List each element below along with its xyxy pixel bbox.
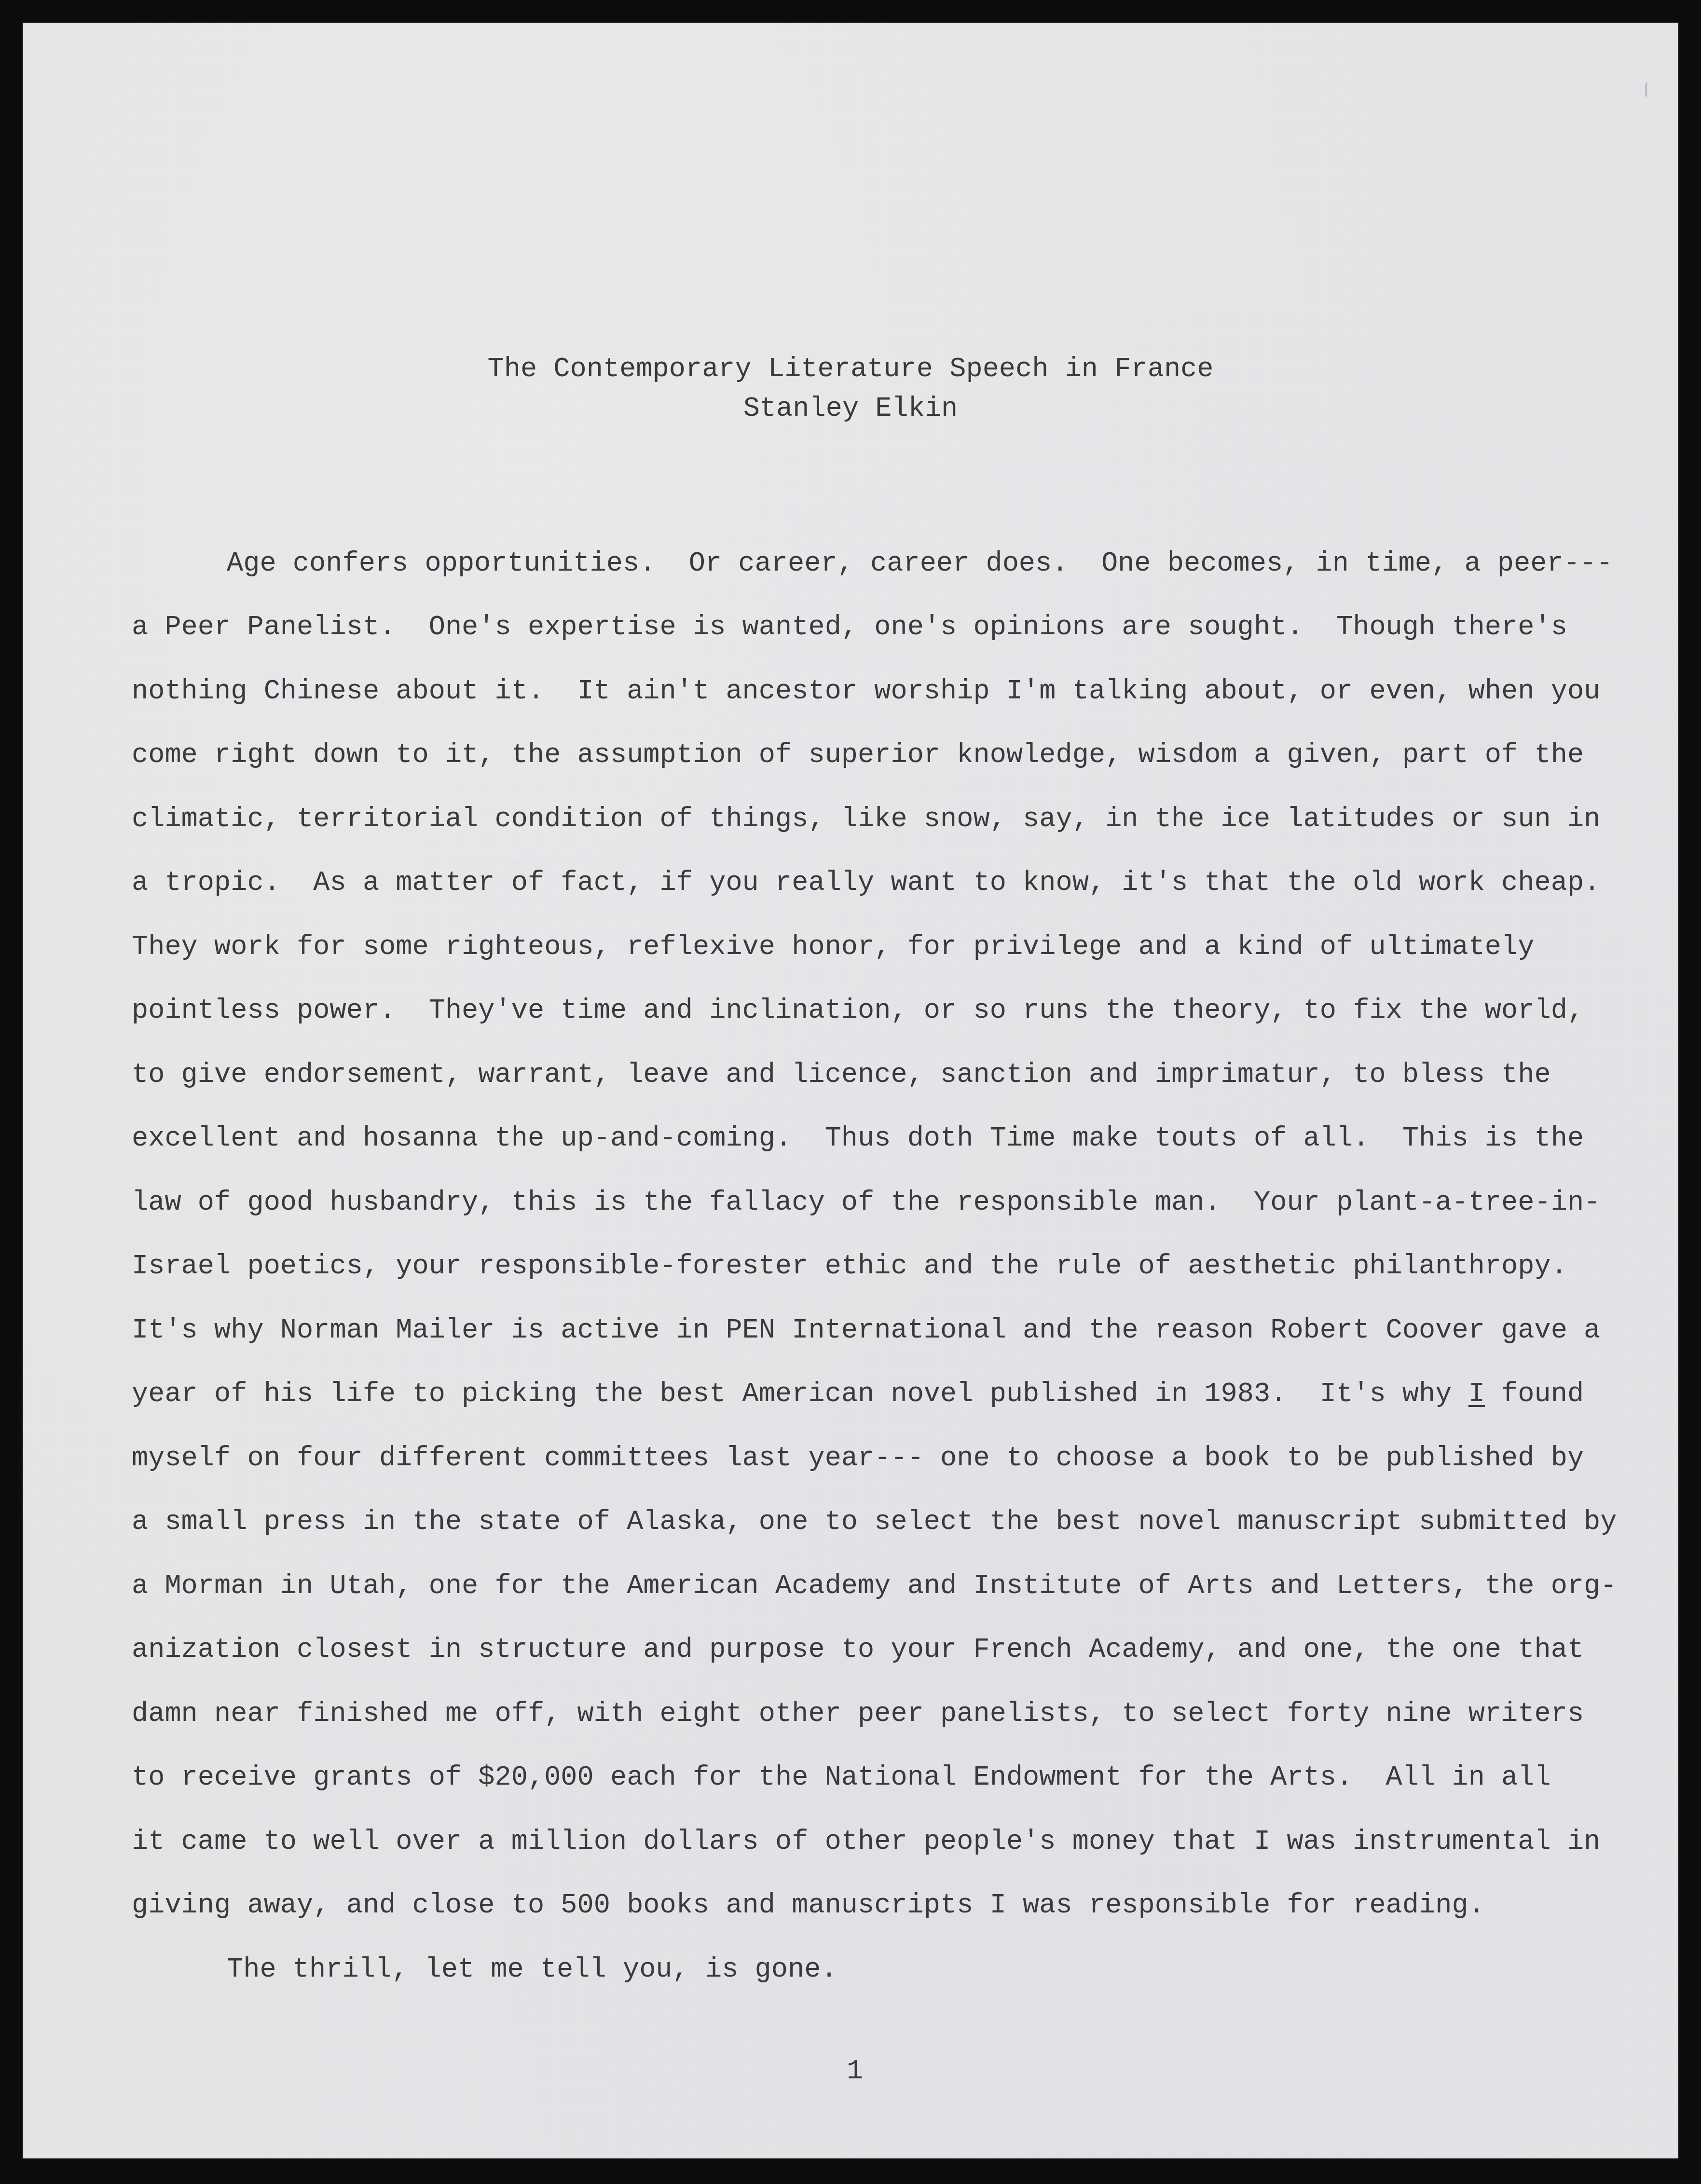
body-text-segment: found <box>1485 1379 1584 1410</box>
body-line: giving away, and close to 500 books and … <box>132 1892 1485 1920</box>
document-author: Stanley Elkin <box>23 396 1678 423</box>
pencil-mark <box>1646 82 1649 97</box>
body-line: anization closest in structure and purpo… <box>132 1637 1584 1664</box>
document-title: The Contemporary Literature Speech in Fr… <box>23 356 1678 383</box>
body-line: They work for some righteous, reflexive … <box>132 934 1534 961</box>
body-line: it came to well over a million dollars o… <box>132 1829 1600 1856</box>
body-line: damn near finished me off, with eight ot… <box>132 1701 1584 1728</box>
body-text-segment: year of his life to picking the best Ame… <box>132 1379 1468 1410</box>
body-line: myself on four different committees last… <box>132 1445 1584 1473</box>
body-line: excellent and hosanna the up-and-coming.… <box>132 1125 1584 1153</box>
body-line: a Morman in Utah, one for the American A… <box>132 1573 1617 1600</box>
body-line: year of his life to picking the best Ame… <box>132 1381 1584 1408</box>
body-line: nothing Chinese about it. It ain't ances… <box>132 678 1600 706</box>
body-line: law of good husbandry, this is the falla… <box>132 1189 1600 1217</box>
body-line: pointless power. They've time and inclin… <box>132 997 1584 1025</box>
body-line: a Peer Panelist. One's expertise is want… <box>132 614 1567 642</box>
page-number: 1 <box>847 2058 863 2086</box>
body-line: The thrill, let me tell you, is gone. <box>227 1956 837 1984</box>
body-line: Israel poetics, your responsible-foreste… <box>132 1253 1567 1281</box>
body-line: come right down to it, the assumption of… <box>132 742 1584 769</box>
body-line: a small press in the state of Alaska, on… <box>132 1509 1617 1536</box>
body-line: climatic, territorial condition of thing… <box>132 806 1600 833</box>
document-page: The Contemporary Literature Speech in Fr… <box>23 23 1678 2158</box>
body-line: to receive grants of $20,000 each for th… <box>132 1764 1551 1792</box>
body-line: a tropic. As a matter of fact, if you re… <box>132 870 1600 897</box>
body-line: Age confers opportunities. Or career, ca… <box>227 550 1613 578</box>
body-line: to give endorsement, warrant, leave and … <box>132 1062 1551 1089</box>
underlined-emphasis: I <box>1468 1379 1485 1410</box>
body-line: It's why Norman Mailer is active in PEN … <box>132 1317 1600 1345</box>
